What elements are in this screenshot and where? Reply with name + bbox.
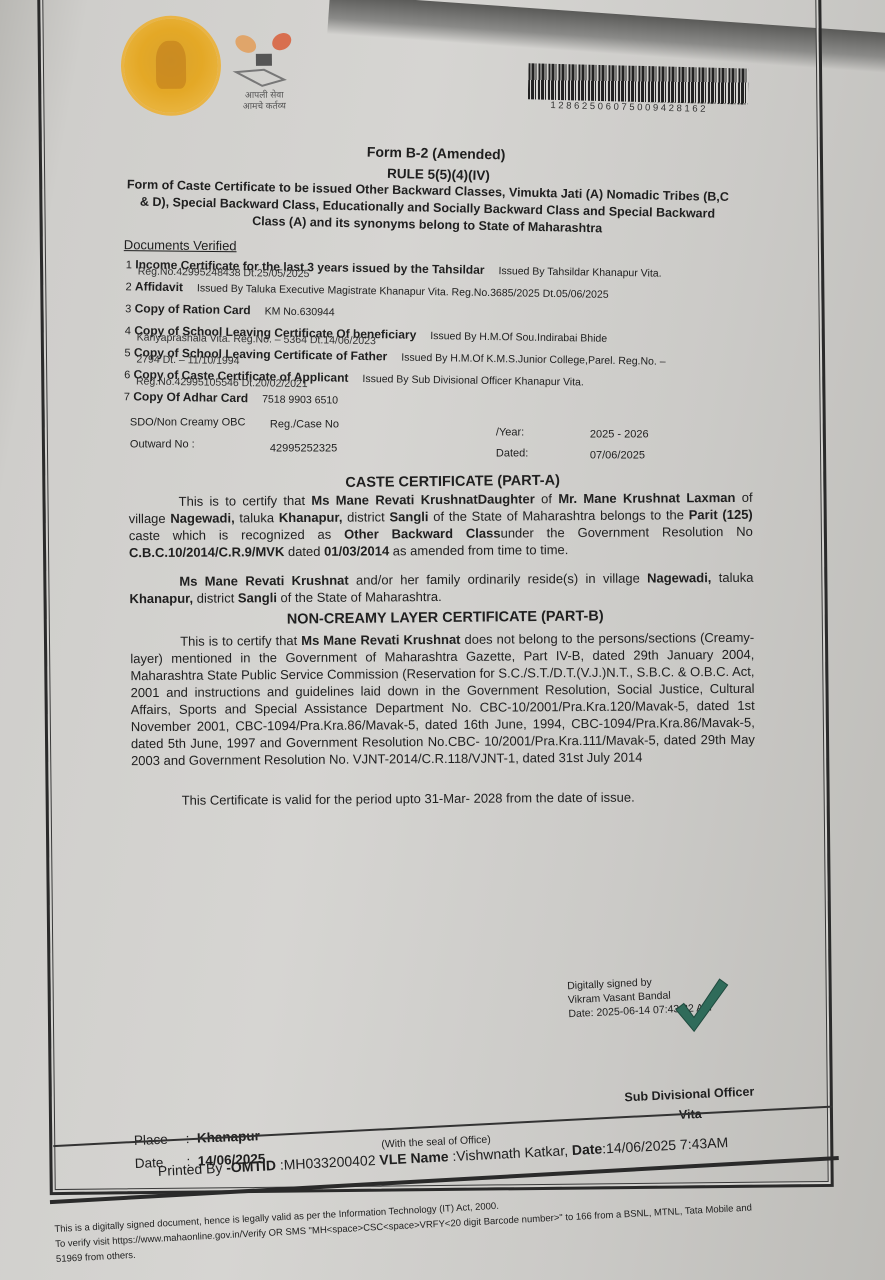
document-reference: Kanyaprashala Vita. Reg.No. – 5364 Dt.14… [137, 331, 376, 347]
document-title: Copy of Ration Card [135, 301, 251, 317]
logo-caption-line: आमचे कर्तव्य [234, 100, 294, 112]
document-issuer: Issued By H.M.Of K.M.S.Junior College,Pa… [401, 352, 666, 368]
maharashtra-seal-icon [123, 18, 218, 113]
document-reference: Reg.No.42995248438 Dt.25/05/2025 [138, 265, 310, 280]
document-issuer: Issued By Tahsildar Khanapur Vita. [498, 265, 661, 280]
document-number: 6 [124, 369, 130, 381]
document-issuer: Issued By Taluka Executive Magistrate Kh… [197, 282, 609, 300]
year-label: /Year: [496, 426, 524, 438]
documents-verified-heading: Documents Verified [124, 237, 237, 253]
logo-caption: आपली सेवा आमचे कर्तव्य [234, 89, 294, 112]
barcode [528, 63, 749, 104]
part-b-title: NON-CREAMY LAYER CERTIFICATE (PART-B) [287, 608, 604, 627]
issuing-officer: Sub Divisional Officer Vita [624, 1084, 755, 1124]
document-reference: 2794 Dt. – 11/10/1994 [136, 353, 239, 367]
reg-case-label: Reg./Case No [270, 418, 339, 430]
document-issuer: KM No.630944 [265, 305, 335, 318]
part-a-paragraph-1: This is to certify that Ms Mane Revati K… [129, 489, 753, 561]
dated-value: 07/06/2025 [590, 449, 645, 461]
document-number: 3 [125, 303, 131, 315]
document-title: Copy Of Adhar Card [133, 389, 248, 405]
document-title: Affidavit [135, 279, 183, 294]
document-number: 5 [124, 347, 130, 359]
document-number: 7 [124, 391, 130, 403]
part-b-paragraph: This is to certify that Ms Mane Revati K… [130, 629, 755, 769]
documents-verified-list: 1 Income Certificate for the last 3 year… [124, 257, 746, 421]
part-a-paragraph-2: Ms Mane Revati Krushnat and/or her famil… [129, 569, 753, 607]
document-issuer: Issued By H.M.Of Sou.Indirabai Bhide [430, 330, 607, 345]
outward-label: Outward No : [130, 438, 195, 450]
part-a-title: CASTE CERTIFICATE (PART-A) [345, 473, 560, 491]
outward-value: 42995252325 [270, 442, 337, 454]
form-title: Form B-2 (Amended) [367, 144, 506, 163]
document-number: 4 [125, 325, 131, 337]
dated-label: Dated: [496, 447, 528, 459]
certificate-meta: SDO/Non Creamy OBC Reg./Case No /Year: 2… [130, 416, 670, 460]
year-value: 2025 - 2026 [590, 428, 649, 440]
document-issuer: Issued By Sub Divisional Officer Khanapu… [362, 373, 584, 388]
document-issuer: 7518 9903 6510 [262, 393, 338, 406]
form-rule: RULE 5(5)(4)(IV) [387, 166, 490, 183]
document-number: 1 [126, 259, 132, 271]
office-label: SDO/Non Creamy OBC [130, 416, 246, 428]
logo-caption-line: आपली सेवा [234, 89, 294, 101]
certificate-sheet: आपली सेवा आमचे कर्तव्य 12862506075009428… [0, 0, 885, 1280]
document-reference: Reg.No.42995105546 Dt.20/02/2021 [136, 375, 308, 390]
document-number: 2 [125, 281, 131, 293]
signature-valid-check-icon [670, 975, 731, 1036]
